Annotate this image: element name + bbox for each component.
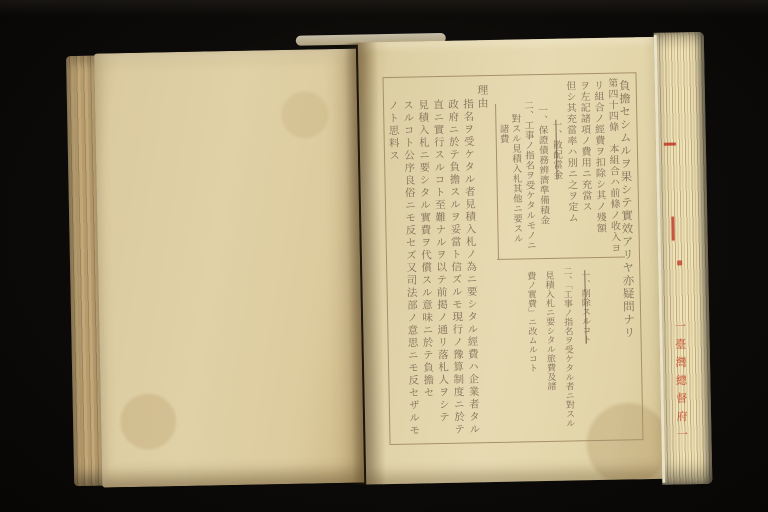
stamp-char: 總: [674, 374, 687, 392]
stamp-char: 一: [673, 320, 686, 338]
reason-heading: 理由: [474, 84, 490, 110]
open-book: 一臺灣總督府一 負擔セシムルヲ果シテ實效アリヤ亦疑問ナリ 第四十四條 本組合ハ前…: [66, 24, 713, 494]
text-column-item: 對スル見積入札其他ニ要スル: [507, 113, 523, 243]
text-column-item: 一、保證債務辨濟準備積金: [534, 105, 550, 225]
red-edge-mark: [664, 142, 676, 145]
text-column-article: 但シ其充當率ハ別ニ之ヲ定ム: [562, 80, 580, 223]
fore-edge-red-stamp: 一臺灣總督府一: [671, 320, 690, 470]
red-edge-mark: [677, 260, 682, 265]
text-column-amendment: 二、「工事ノ指名ヲ受ケタル者ニ對スル: [560, 266, 576, 427]
inner-horizontal-rule: [497, 256, 625, 259]
text-column-amendment-deleted: 一、削除スルコト: [578, 270, 592, 344]
photo-background: 一臺灣總督府一 負擔セシムルヲ果シテ實效アリヤ亦疑問ナリ 第四十四條 本組合ハ前…: [0, 0, 768, 512]
left-blank-page: [94, 49, 364, 488]
text-column-item: 諸費: [495, 124, 509, 144]
text-column-reason: ノト思料ス: [386, 100, 402, 163]
text-column-amendment: 費ノ實費」ニ改ムルコト: [524, 271, 539, 372]
stamp-char: 府: [675, 410, 688, 428]
text-frame: 負擔セシムルヲ果シテ實效アリヤ亦疑問ナリ 第四十四條 本組合ハ前條ノ收入ヨ リ組…: [383, 72, 644, 445]
red-edge-mark: [671, 217, 674, 241]
text-column-amendment: 見積入札ニ要シタル旅費及諸: [542, 271, 557, 391]
stamp-char: 灣: [674, 356, 687, 374]
text-column-item-deleted: 一、散配當金: [548, 120, 563, 180]
stamp-char: 一: [675, 428, 688, 446]
stamp-char: 督: [675, 392, 688, 410]
stamp-char: 臺: [674, 338, 687, 356]
